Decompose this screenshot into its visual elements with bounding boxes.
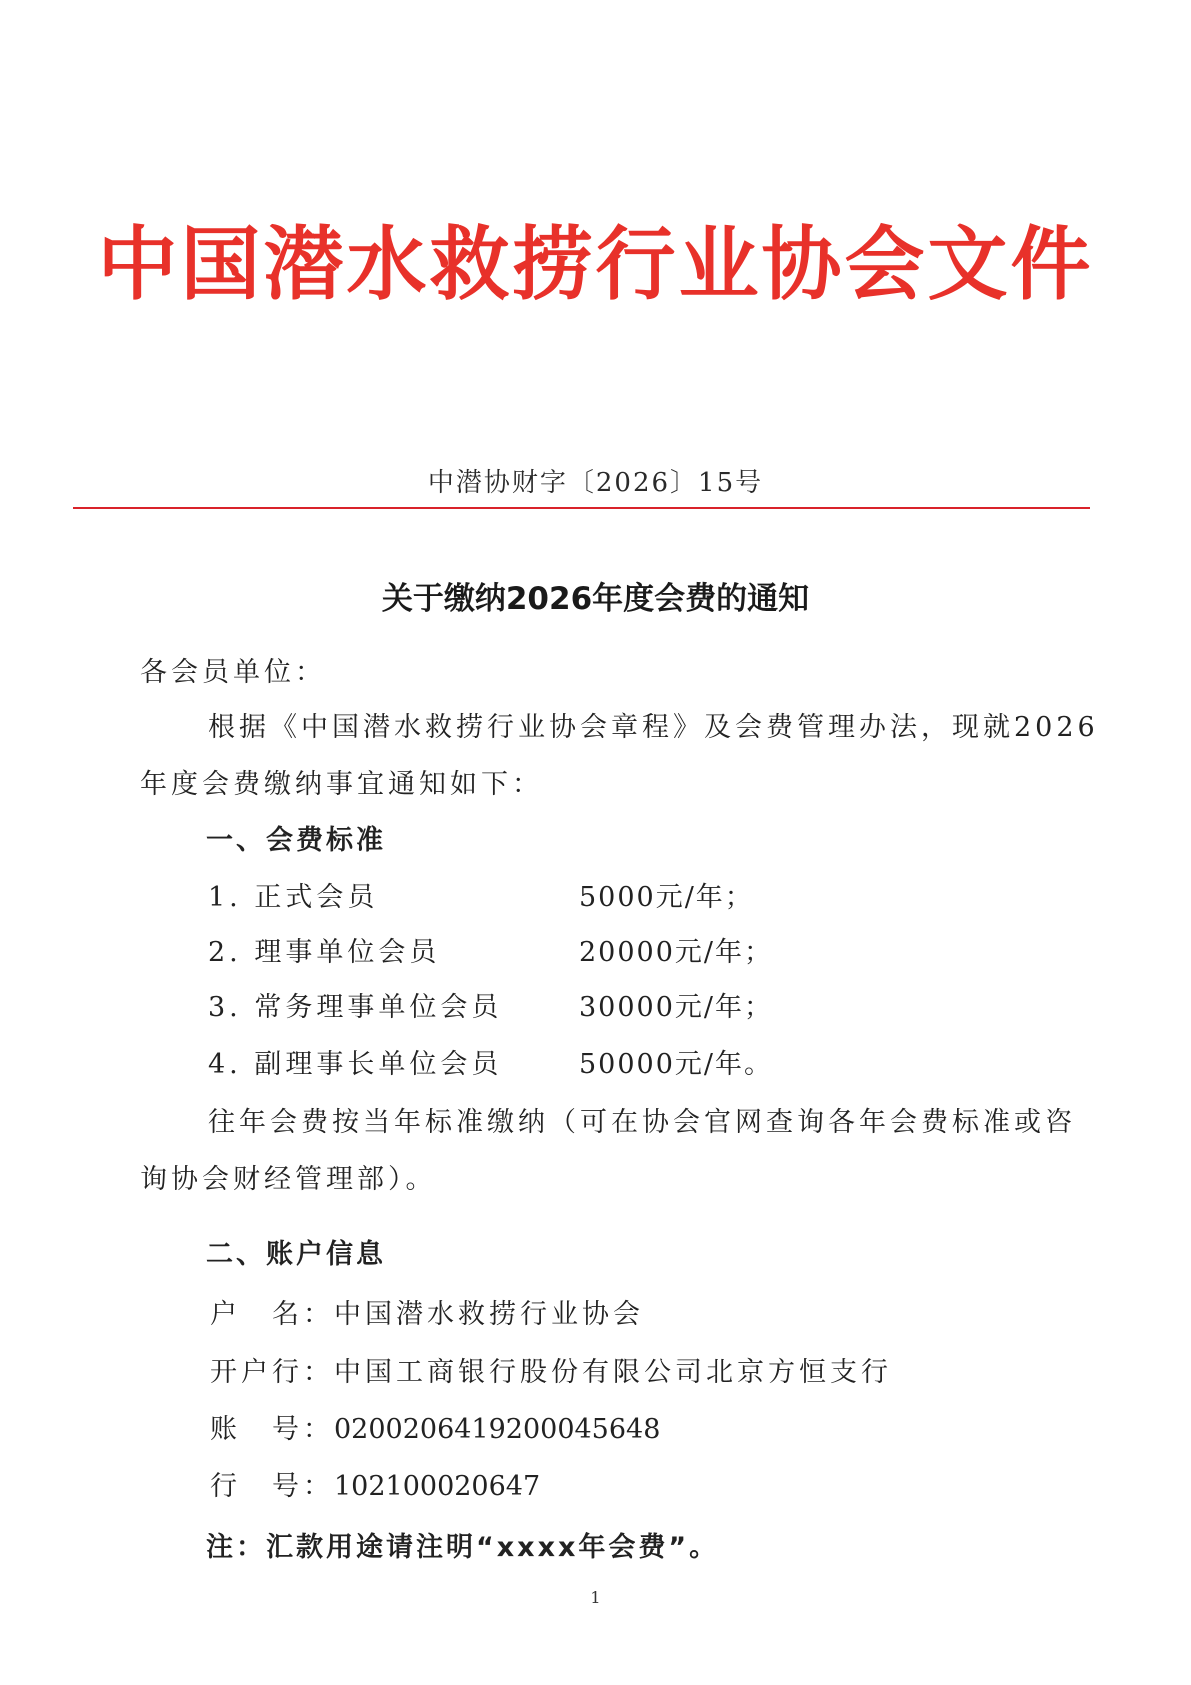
fee-item-amount: 20000元/年； — [579, 933, 773, 973]
fee-item-label: 3. 常务理事单位会员 — [208, 988, 502, 1028]
page-number: 1 — [0, 1587, 1191, 1609]
bank-value: 中国工商银行股份有限公司北京方恒支行 — [334, 1357, 892, 1388]
section-heading-account-info: 二、账户信息 — [206, 1235, 386, 1275]
org-file-title: 中国潜水救捞行业协会文件 — [0, 218, 1191, 310]
bank-code-label: 行 号： — [210, 1471, 334, 1502]
account-name-row: 户 名：中国潜水救捞行业协会 — [210, 1295, 644, 1335]
account-number-value: 0200206419200045648 — [334, 1414, 660, 1445]
account-number-row: 账 号：0200206419200045648 — [210, 1410, 660, 1450]
remittance-note: 注：汇款用途请注明“xxxx年会费”。 — [206, 1528, 719, 1568]
fee-item-amount: 50000元/年。 — [579, 1045, 773, 1085]
intro-paragraph-line-2: 年度会费缴纳事宜通知如下： — [140, 765, 543, 805]
past-years-paragraph-line-2: 询协会财经管理部）。 — [140, 1160, 437, 1200]
account-number-label: 账 号： — [210, 1414, 334, 1445]
fee-item-label: 4. 副理事长单位会员 — [208, 1045, 502, 1085]
bank-row: 开户行：中国工商银行股份有限公司北京方恒支行 — [210, 1353, 892, 1393]
red-divider-rule — [73, 507, 1090, 509]
past-years-paragraph-line-1: 往年会费按当年标准缴纳（可在协会官网查询各年会费标准或咨 — [208, 1103, 1076, 1143]
bank-label: 开户行： — [210, 1357, 334, 1388]
fee-item-amount: 30000元/年； — [579, 988, 773, 1028]
fee-item-amount: 5000元/年； — [579, 878, 754, 918]
document-number: 中潜协财字〔2026〕15号 — [0, 464, 1191, 502]
bank-code-row: 行 号：102100020647 — [210, 1467, 540, 1507]
fee-item-label: 2. 理事单位会员 — [208, 933, 440, 973]
bank-code-value: 102100020647 — [334, 1471, 540, 1502]
account-name-value: 中国潜水救捞行业协会 — [334, 1299, 644, 1330]
fee-item-label: 1. 正式会员 — [208, 878, 378, 918]
salutation: 各会员单位： — [140, 653, 326, 693]
section-heading-fee-standard: 一、会费标准 — [206, 821, 386, 861]
notice-title: 关于缴纳2026年度会费的通知 — [0, 578, 1191, 620]
account-name-label: 户 名： — [210, 1299, 334, 1330]
intro-paragraph-line-1: 根据《中国潜水救捞行业协会章程》及会费管理办法，现就2026 — [208, 708, 1099, 748]
